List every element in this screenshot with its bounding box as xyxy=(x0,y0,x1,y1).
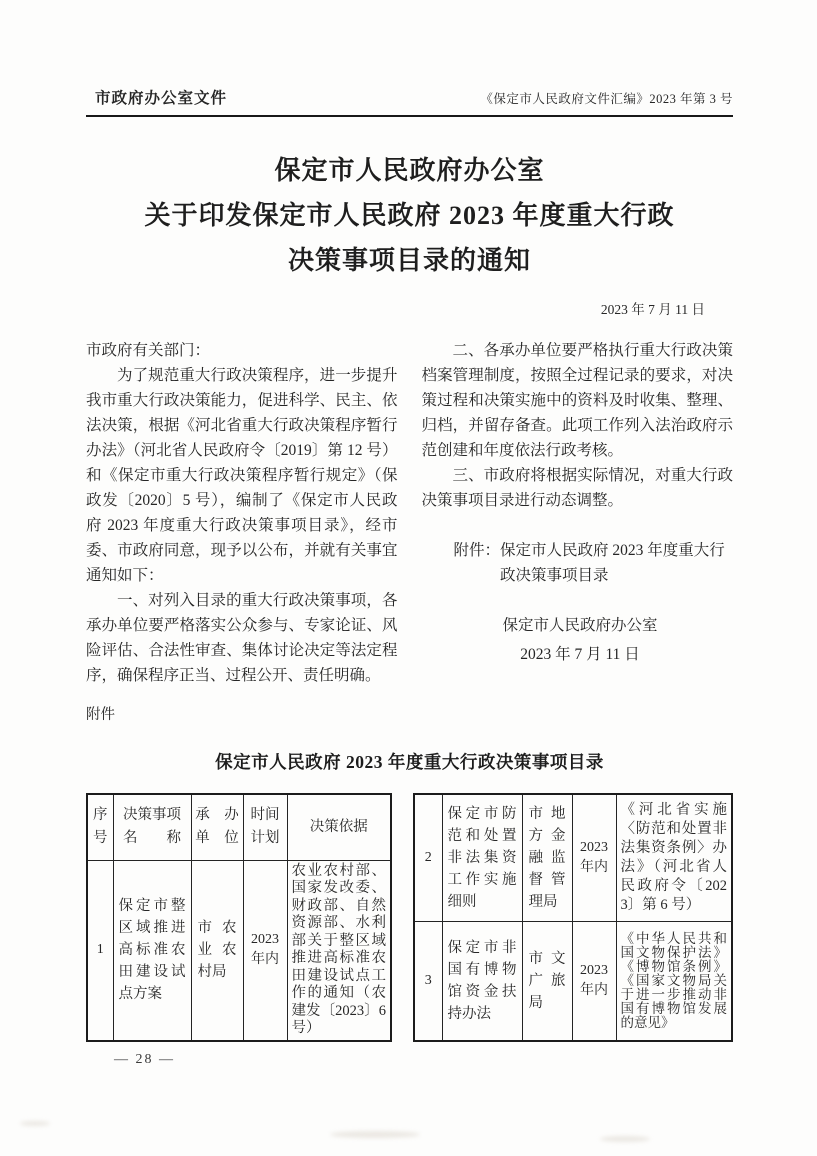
table-header-row: 序 号 决策事项 名 称 承 办 单 位 时间 计划 决策依据 xyxy=(87,794,391,860)
column-header-time: 时间 计划 xyxy=(243,794,287,860)
cell-item-name: 保定市整区域推进高标准农田建设试点方案 xyxy=(113,860,191,1041)
paragraph-one: 一、对列入目录的重大行政决策事项，各承办单位要严格落实公众参与、专家论证、风险评… xyxy=(86,588,398,688)
scan-artifact xyxy=(20,1121,50,1126)
header-right-label: 《保定市人民政府文件汇编》2023 年第 3 号 xyxy=(480,89,733,107)
signature-date: 2023 年 7 月 11 日 xyxy=(449,640,711,669)
signature-block: 保定市人民政府办公室 2023 年 7 月 11 日 xyxy=(449,611,711,669)
cell-time-plan: 2023 年内 xyxy=(572,794,616,921)
attachment-reference-text: 保定市人民政府 2023 年度重大行 政决策事项目录 xyxy=(500,538,725,588)
decisions-table-right: 2 保定市防范和处置非法集资工作实施细则 市地方金融监督管理局 2023 年内 … xyxy=(413,793,733,1042)
attachment-table-title: 保定市人民政府 2023 年度重大行政决策事项目录 xyxy=(86,749,733,774)
body-left-column: 市政府有关部门： 为了规范重大行政决策程序，进一步提升我市重大行政决策能力，促进… xyxy=(86,338,398,688)
paragraph-intro: 为了规范重大行政决策程序，进一步提升我市重大行政决策能力，促进科学、民主、依法决… xyxy=(86,363,398,588)
column-header-unit: 承 办 单 位 xyxy=(191,794,243,860)
cell-unit: 市地方金融监督管理局 xyxy=(522,794,572,921)
table-row: 3 保定市非国有博物馆资金扶持办法 市文广旅局 2023 年内 《中华人民共和国… xyxy=(414,921,732,1040)
column-header-no: 序 号 xyxy=(87,794,113,860)
cell-basis: 《河北省实施〈防范和处置非法集资条例〉办法》（河北省人民政府令〔2023〕第 6… xyxy=(616,794,732,921)
paragraph-three: 三、市政府将根据实际情况，对重大行政决策事项目录进行动态调整。 xyxy=(422,463,734,513)
issue-date: 2023 年 7 月 11 日 xyxy=(86,298,733,318)
scan-artifact xyxy=(330,1131,420,1138)
document-page: 市政府办公室文件 《保定市人民政府文件汇编》2023 年第 3 号 保定市人民政… xyxy=(0,0,817,1156)
decisions-table-left: 序 号 决策事项 名 称 承 办 单 位 时间 计划 决策依据 1 保定市整区域… xyxy=(86,793,392,1042)
cell-unit: 市文广旅局 xyxy=(522,921,572,1040)
title-line-1: 保定市人民政府办公室 xyxy=(86,148,733,193)
scan-artifact xyxy=(600,1136,650,1142)
document-header: 市政府办公室文件 《保定市人民政府文件汇编》2023 年第 3 号 xyxy=(86,86,733,108)
signature-organization: 保定市人民政府办公室 xyxy=(449,611,711,640)
cell-time-plan: 2023 年内 xyxy=(572,921,616,1040)
paragraph-two: 二、各承办单位要严格执行重大行政决策档案管理制度，按照全过程记录的要求，对决策过… xyxy=(422,338,734,463)
decision-tables: 序 号 决策事项 名 称 承 办 单 位 时间 计划 决策依据 1 保定市整区域… xyxy=(86,793,733,1042)
cell-row-no: 1 xyxy=(87,860,113,1041)
cell-basis: 《中华人民共和国文物保护法》《博物馆条例》《国家文物局关于进一步推动非国有博物馆… xyxy=(616,921,732,1040)
document-title: 保定市人民政府办公室 关于印发保定市人民政府 2023 年度重大行政 决策事项目… xyxy=(86,148,733,283)
attachment-reference: 附件： 保定市人民政府 2023 年度重大行 政决策事项目录 xyxy=(454,538,734,588)
cell-basis: 农业农村部、国家发改委、财政部、自然资源部、水利部关于整区域推进高标准农田建设试… xyxy=(287,860,391,1041)
table-row: 2 保定市防范和处置非法集资工作实施细则 市地方金融监督管理局 2023 年内 … xyxy=(414,794,732,921)
cell-unit: 市农业农村局 xyxy=(191,860,243,1041)
cell-item-name: 保定市防范和处置非法集资工作实施细则 xyxy=(442,794,522,921)
title-line-3: 决策事项目录的通知 xyxy=(86,238,733,283)
cell-time-plan: 2023 年内 xyxy=(243,860,287,1041)
page-number: — 28 — xyxy=(114,1052,733,1068)
header-rule xyxy=(86,115,733,117)
column-header-basis: 决策依据 xyxy=(287,794,391,860)
body-columns: 市政府有关部门： 为了规范重大行政决策程序，进一步提升我市重大行政决策能力，促进… xyxy=(86,338,733,688)
cell-row-no: 2 xyxy=(414,794,442,921)
attachment-reference-line-1: 保定市人民政府 2023 年度重大行 xyxy=(500,538,725,563)
attachment-reference-label: 附件： xyxy=(454,538,501,588)
table-row: 1 保定市整区域推进高标准农田建设试点方案 市农业农村局 2023 年内 农业农… xyxy=(87,860,391,1041)
cell-item-name: 保定市非国有博物馆资金扶持办法 xyxy=(442,921,522,1040)
column-header-name: 决策事项 名 称 xyxy=(113,794,191,860)
salutation: 市政府有关部门： xyxy=(86,338,398,363)
attachment-reference-line-2: 政决策事项目录 xyxy=(500,563,725,588)
cell-row-no: 3 xyxy=(414,921,442,1040)
body-right-column: 二、各承办单位要严格执行重大行政决策档案管理制度，按照全过程记录的要求，对决策过… xyxy=(422,338,734,688)
attachment-label: 附件 xyxy=(86,703,733,724)
header-left-label: 市政府办公室文件 xyxy=(86,86,227,108)
title-line-2: 关于印发保定市人民政府 2023 年度重大行政 xyxy=(86,193,733,238)
